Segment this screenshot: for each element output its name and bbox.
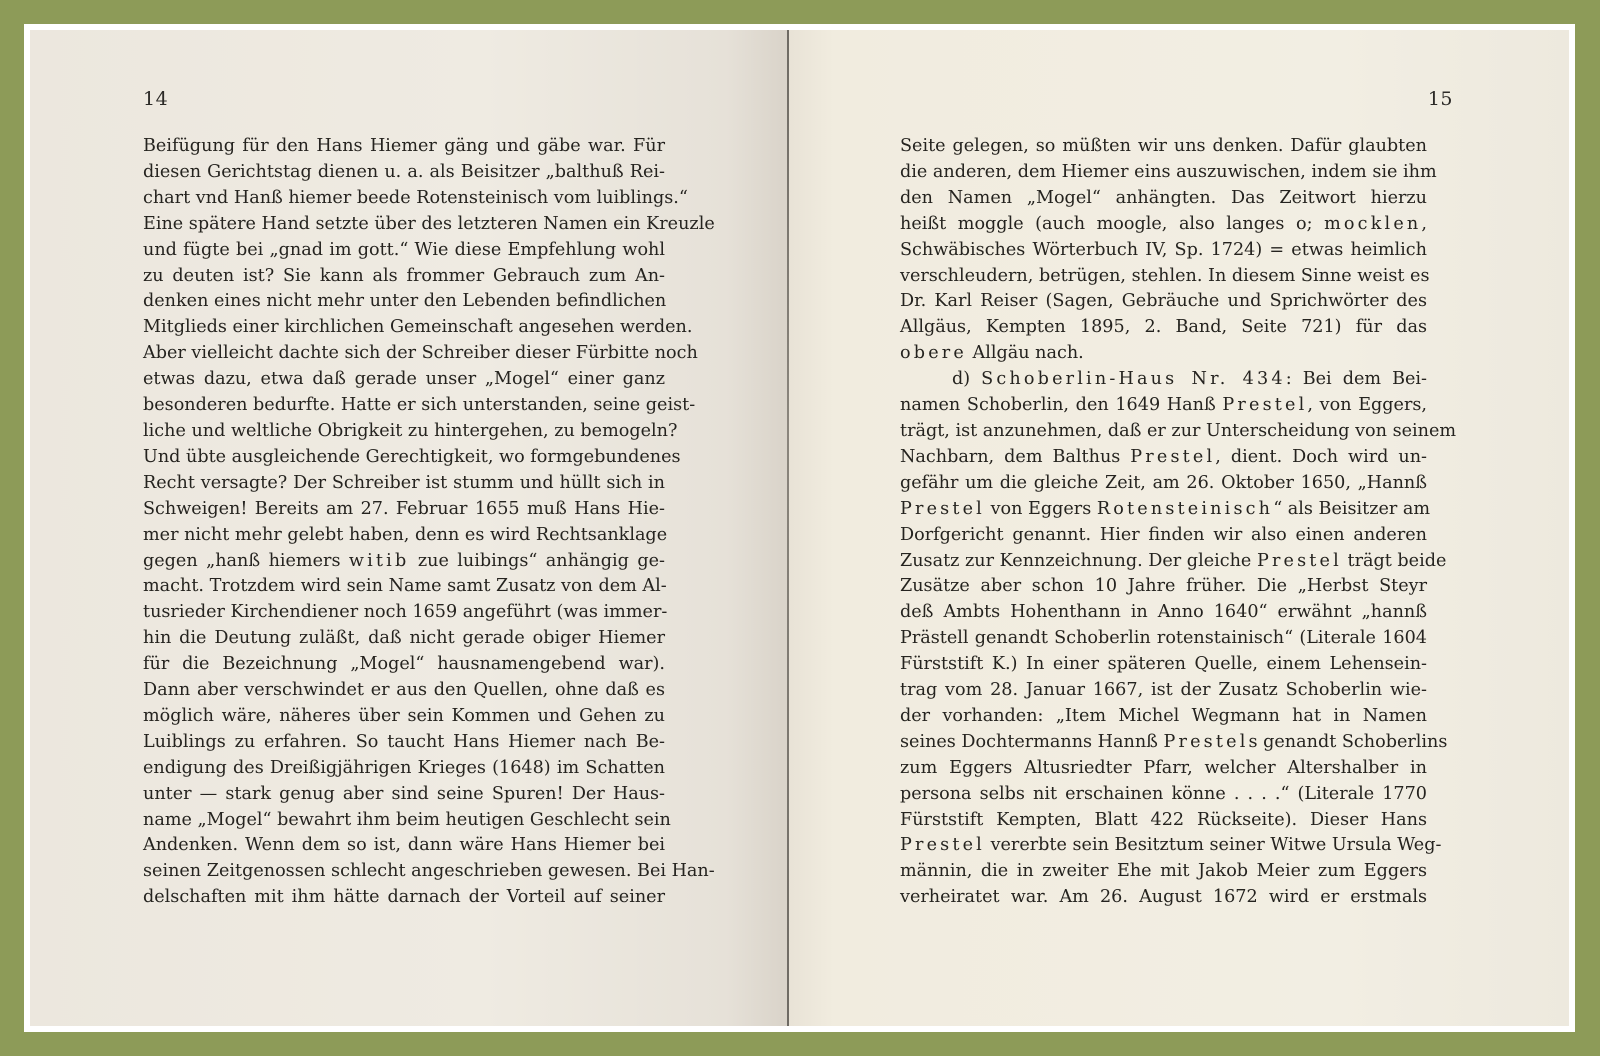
text-line: für die Bezeichnung „Mogel“ hausnamengeb…: [143, 652, 665, 678]
right-page-text: Seite gelegen, so müßten wir uns denken.…: [900, 134, 1427, 911]
text-line: name „Mogel“ bewahrt ihm beim heutigen G…: [143, 808, 665, 834]
text-line: verschleudern, betrügen, stehlen. In die…: [900, 264, 1427, 290]
text-line: chart vnd Hanß hiemer beede Rotensteinis…: [143, 186, 665, 212]
text-line: macht. Trotzdem wird sein Name samt Zusa…: [143, 574, 665, 600]
text-line: Dorfgericht genannt. Hier finden wir als…: [900, 523, 1427, 549]
text-line: Schweigen! Bereits am 27. Februar 1655 m…: [143, 497, 665, 523]
text-line: Aber vielleicht dachte sich der Schreibe…: [143, 341, 665, 367]
text-line: d) Schoberlin-Haus Nr. 434: Bei dem Bei-: [900, 367, 1427, 393]
text-line: Nachbarn, dem Balthus Prestel, dient. Do…: [900, 445, 1427, 471]
text-line: Prestel vererbte sein Besitztum seiner W…: [900, 833, 1427, 859]
text-line: Recht versagte? Der Schreiber ist stumm …: [143, 471, 665, 497]
text-line: diesen Gerichtstag dienen u. a. als Beis…: [143, 160, 665, 186]
page-number-left: 14: [143, 88, 168, 110]
text-line: heißt moggle (auch moogle, also langes o…: [900, 212, 1427, 238]
text-line: gefähr um die gleiche Zeit, am 26. Oktob…: [900, 471, 1427, 497]
text-line: Zusätze aber schon 10 Jahre früher. Die …: [900, 574, 1427, 600]
text-line: männin, die in zweiter Ehe mit Jakob Mei…: [900, 859, 1427, 885]
text-line: Und übte ausgleichende Gerechtigkeit, wo…: [143, 445, 665, 471]
text-line: die anderen, dem Hiemer eins auszuwische…: [900, 160, 1427, 186]
text-line: namen Schoberlin, den 1649 Hanß Prestel,…: [900, 393, 1427, 419]
text-line: seines Dochtermanns Hannß Prestels genan…: [900, 730, 1427, 756]
text-line: und fügte bei „gnad im gott.“ Wie diese …: [143, 238, 665, 264]
text-line: liche und weltliche Obrigkeit zu hinterg…: [143, 419, 665, 445]
text-line: der vorhanden: „Item Michel Wegmann hat …: [900, 704, 1427, 730]
text-line: Zusatz zur Kennzeichnung. Der gleiche Pr…: [900, 549, 1427, 575]
text-line: zum Eggers Altusriedter Pfarr, welcher A…: [900, 756, 1427, 782]
text-line: Mitglieds einer kirchlichen Gemeinschaft…: [143, 315, 665, 341]
text-line: Allgäus, Kempten 1895, 2. Band, Seite 72…: [900, 315, 1427, 341]
text-line: den Namen „Mogel“ anhängten. Das Zeitwor…: [900, 186, 1427, 212]
page-number-right: 15: [1428, 88, 1453, 110]
text-line: deß Ambts Hohenthann in Anno 1640“ erwäh…: [900, 600, 1427, 626]
text-line: Andenken. Wenn dem so ist, dann wäre Han…: [143, 833, 665, 859]
text-line: persona selbs nit erschainen könne . . .…: [900, 782, 1427, 808]
text-line: mer nicht mehr gelebt haben, denn es wir…: [143, 523, 665, 549]
text-line: verheiratet war. Am 26. August 1672 wird…: [900, 885, 1427, 911]
text-line: denken eines nicht mehr unter den Lebend…: [143, 289, 665, 315]
text-line: trag vom 28. Januar 1667, ist der Zusatz…: [900, 678, 1427, 704]
text-line: endigung des Dreißigjährigen Krieges (16…: [143, 756, 665, 782]
text-line: Fürststift Kempten, Blatt 422 Rückseite)…: [900, 808, 1427, 834]
text-line: tusrieder Kirchendiener noch 1659 angefü…: [143, 600, 665, 626]
text-line: seinen Zeitgenossen schlecht angeschrieb…: [143, 859, 665, 885]
text-line: Prästell genandt Schoberlin rotenstainis…: [900, 626, 1427, 652]
text-line: Fürststift K.) In einer späteren Quelle,…: [900, 652, 1427, 678]
text-line: Eine spätere Hand setzte über des letzte…: [143, 212, 665, 238]
text-line: möglich wäre, näheres über sein Kommen u…: [143, 704, 665, 730]
text-line: Seite gelegen, so müßten wir uns denken.…: [900, 134, 1427, 160]
text-line: trägt, ist anzunehmen, daß er zur Unters…: [900, 419, 1427, 445]
left-page-text: Beifügung für den Hans Hiemer gäng und g…: [143, 134, 665, 911]
text-line: Dann aber verschwindet er aus den Quelle…: [143, 678, 665, 704]
text-line: gegen „hanß hiemers witib zue luibings“ …: [143, 549, 665, 575]
text-line: unter — stark genug aber sind seine Spur…: [143, 782, 665, 808]
book-gutter: [787, 30, 789, 1026]
text-line: Prestel von Eggers Rotensteinisch“ als B…: [900, 497, 1427, 523]
text-line: Luiblings zu erfahren. So taucht Hans Hi…: [143, 730, 665, 756]
text-line: etwas dazu, etwa daß gerade unser „Mogel…: [143, 367, 665, 393]
text-line: delschaften mit ihm hätte darnach der Vo…: [143, 885, 665, 911]
text-line: hin die Deutung zuläßt, daß nicht gerade…: [143, 626, 665, 652]
text-line: Beifügung für den Hans Hiemer gäng und g…: [143, 134, 665, 160]
text-line: obere Allgäu nach.: [900, 341, 1427, 367]
text-line: zu deuten ist? Sie kann als frommer Gebr…: [143, 264, 665, 290]
text-line: besonderen bedurfte. Hatte er sich unter…: [143, 393, 665, 419]
text-line: Dr. Karl Reiser (Sagen, Gebräuche und Sp…: [900, 289, 1427, 315]
text-line: Schwäbisches Wörterbuch IV, Sp. 1724) = …: [900, 238, 1427, 264]
